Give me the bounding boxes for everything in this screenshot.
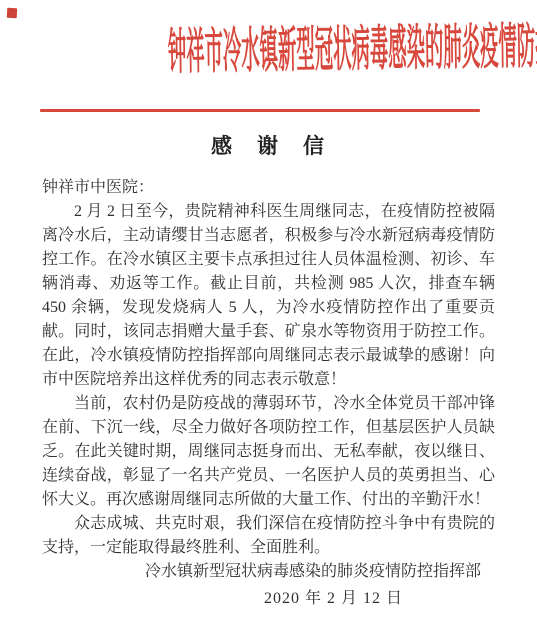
red-stamp-fragment-icon bbox=[7, 8, 18, 19]
paragraph-1: 2 月 2 日至今，贵院精神科医生周继同志，在疫情防控被隔离冷水后，主动请缨甘当… bbox=[42, 200, 495, 392]
document-title: 感 谢 信 bbox=[0, 130, 537, 160]
salutation: 钟祥市中医院： bbox=[42, 176, 495, 200]
letterhead-org-title: 钟祥市冷水镇新型冠状病毒感染的肺炎疫情防控指挥部 bbox=[167, 25, 369, 77]
signature-org: 冷水镇新型冠状病毒感染的肺炎疫情防控指挥部 bbox=[42, 558, 537, 585]
signature-block: 冷水镇新型冠状病毒感染的肺炎疫情防控指挥部 2020 年 2 月 12 日 bbox=[42, 558, 537, 612]
paragraph-3: 众志成城、共克时艰，我们深信在疫情防控斗争中有贵院的支持，一定能取得最终胜利、全… bbox=[42, 512, 495, 560]
paragraph-2: 当前，农村仍是防疫战的薄弱环节，冷水全体党员干部冲锋在前、下沉一线，尽全力做好各… bbox=[42, 392, 495, 512]
letterhead-divider bbox=[40, 109, 480, 112]
signature-date: 2020 年 2 月 12 日 bbox=[42, 585, 537, 612]
letter-page: 钟祥市冷水镇新型冠状病毒感染的肺炎疫情防控指挥部 感 谢 信 钟祥市中医院： 2… bbox=[0, 0, 537, 641]
letter-body: 钟祥市中医院： 2 月 2 日至今，贵院精神科医生周继同志，在疫情防控被隔离冷水… bbox=[42, 176, 495, 560]
